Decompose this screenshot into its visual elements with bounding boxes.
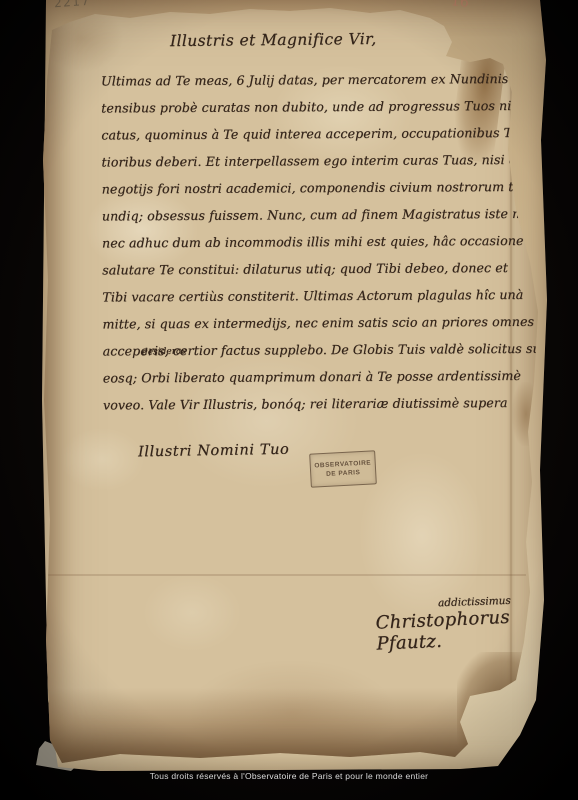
observatoire-de-paris-stamp: OBSERVATOIRE DE PARIS bbox=[309, 450, 377, 487]
manuscript-line: undiq; obsessus fuissem. Nunc, cum ad fi… bbox=[102, 200, 578, 230]
interline-insertion: desideras bbox=[142, 346, 186, 358]
copyright-caption: Tous droits réservés à l'Observatoire de… bbox=[0, 771, 578, 781]
horizontal-fold-crease bbox=[46, 574, 526, 576]
manuscript-line: Tibi vacare certiùs constiterit. Ultimas… bbox=[102, 281, 578, 311]
folio-number-top-right: 16 bbox=[450, 0, 469, 11]
manuscript-line: mitte, si quas ex intermedijs, nec enim … bbox=[102, 308, 578, 338]
letter-address-line: Illustri Nomini Tuo bbox=[138, 442, 290, 461]
manuscript-line: nec adhuc dum ab incommodis illis mihi e… bbox=[102, 227, 578, 257]
manuscript-line: catus, quominus à Te quid interea accepe… bbox=[101, 119, 578, 149]
manuscript-line: tensibus probè curatas non dubito, unde … bbox=[101, 92, 578, 122]
manuscript-line: eosq; Orbi liberato quamprimum donari à … bbox=[103, 362, 578, 392]
stamp-line-2: DE PARIS bbox=[326, 469, 361, 478]
letter-signature: Christophorus Pfautz. bbox=[375, 605, 543, 654]
letter-body: Ultimas ad Te meas, 6 Julij datas, per m… bbox=[101, 65, 578, 419]
manuscript-page: Illustris et Magnifice Vir, Ultimas ad T… bbox=[42, 0, 542, 766]
manuscript-line: voveo. Vale Vir Illustris, bonóq; rei li… bbox=[103, 389, 578, 419]
stamp-line-1: OBSERVATOIRE bbox=[314, 460, 371, 470]
manuscript-line: tioribus deberi. Et interpellassem ego i… bbox=[101, 146, 578, 176]
letter-salutation: Illustris et Magnifice Vir, bbox=[170, 30, 377, 50]
manuscript-line: salutare Te constitui: dilaturus utiq; q… bbox=[102, 254, 578, 284]
manuscript-line: negotijs fori nostri academici, componen… bbox=[102, 173, 578, 203]
photo-backdrop: Illustris et Magnifice Vir, Ultimas ad T… bbox=[0, 0, 578, 800]
